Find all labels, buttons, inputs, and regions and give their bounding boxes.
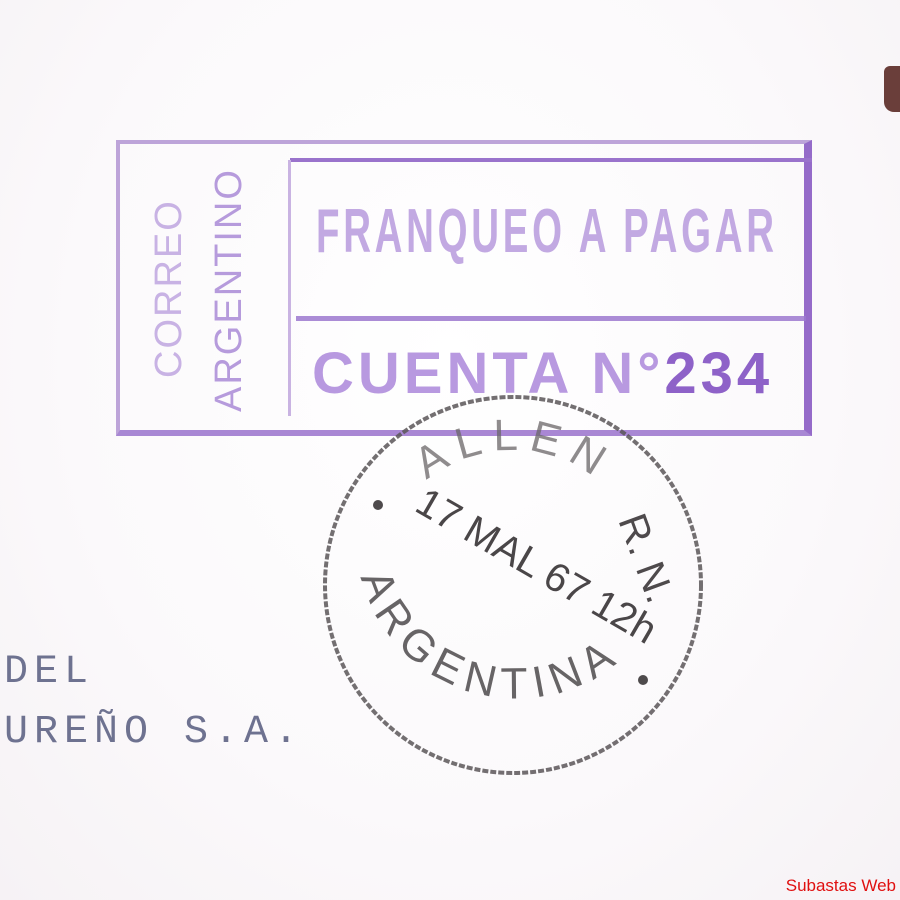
meter-line-franqueo: FRANQUEO A PAGAR — [316, 196, 778, 267]
meter-row-divider — [296, 316, 806, 321]
address-line-2: UREÑO S.A. — [4, 710, 304, 755]
meter-divider — [288, 160, 291, 416]
envelope-edge — [884, 66, 900, 112]
watermark-text: Subastas Web — [786, 876, 896, 896]
postmark-top-text: ALLEN — [406, 411, 623, 490]
meter-side-label-1: CORREO — [148, 199, 191, 378]
meter-side-label-2: ARGENTINO — [208, 168, 251, 412]
circular-postmark: ALLEN ARGENTINA R. N. 17 MAL 67 12h — [318, 390, 708, 780]
svg-text:ALLEN: ALLEN — [406, 411, 623, 490]
address-line-1: DEL — [4, 650, 94, 695]
